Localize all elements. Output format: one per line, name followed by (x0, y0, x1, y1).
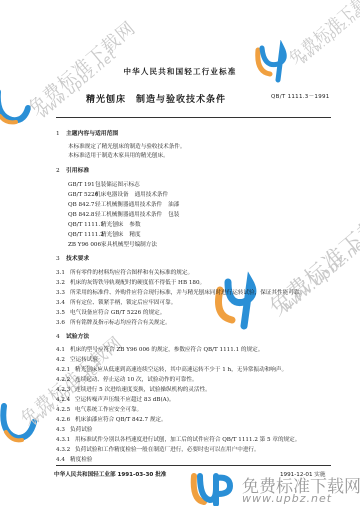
clause: 4.2.6机床油漆应符合 QB/T 842.7 规定。 (56, 417, 167, 424)
reference-item: ZB Y96 006家具机械型号编制方法 (68, 242, 157, 249)
reference-item: QB 842.8轻工机械衡器通用技术条件包装 (68, 212, 179, 219)
clause: 4.3负荷试验 (56, 427, 92, 434)
issuing-organization: 中华人民共和国轻工行业标准 (0, 66, 360, 77)
watermark-url-text: www.upbz.net (278, 232, 360, 316)
clause: 4.2.1精光刨床应从低速到高速连续空运转，其中高速运转不少于 1 h，无异常振… (56, 367, 287, 374)
watermark-middle: 免费标准下载网 www.upbz.net (200, 200, 360, 340)
paragraph: 本标准规定了精光刨床的制造与验收技术条件。 (68, 144, 185, 151)
title-part-1: 精光刨床 (86, 95, 126, 105)
effective-date: 1991-12-01 实施 (280, 470, 325, 478)
approval-date: 中华人民共和国轻工业部 1991-03-30 批准 (54, 470, 166, 478)
clause: 3.4所有定位、锁紧手柄，锁定后应牢固可靠。 (56, 300, 176, 307)
clause: 4.2.4空运转噪声声压级不应超过 83 dB(A)。 (56, 397, 175, 404)
up-logo-icon (0, 86, 38, 126)
up-logo-icon (0, 396, 40, 446)
clause: 4.2.5电气系统工作应安全可靠。 (56, 407, 142, 414)
watermark-bottom: 免费标准下载网 www.upbz.net (190, 470, 360, 508)
section-heading-1: 1主题内容与适用范围 (56, 131, 118, 138)
document-title: 精光刨床制造与验收技术条件 (86, 92, 226, 105)
watermark-url-text: www.upbz.net (298, 5, 360, 67)
reference-item: GB/T 5226机床电器设备通用技术条件 (68, 192, 168, 199)
clause: 4.2.3连续进行 5 次进给速度变换，试验操纵机构的灵活性。 (56, 387, 211, 394)
footer-divider (56, 465, 331, 466)
clause: 3.3所采用的标准件、外购件应符合现行标准，并与精光刨床同时进行运转试验，保证其… (56, 290, 305, 297)
clause: 4.4精度检验 (56, 457, 92, 464)
clause: 3.6所有铭牌及指示标志均应符合有关规定。 (56, 320, 171, 327)
watermark-url-text: www.upbz.net (36, 48, 119, 121)
reference-item: QB/T 1111.2精光刨床精度 (68, 232, 141, 239)
watermark-cn-text: 免费标准下载网 (284, 0, 360, 68)
clause: 4.1机床的型号应符合 ZB Y96 006 的规定，参数应符合 QB/T 11… (56, 347, 263, 354)
title-part-2: 制造与验收技术条件 (136, 95, 226, 105)
up-logo-icon (252, 40, 292, 84)
section-heading-4: 4试验方法 (56, 334, 89, 341)
reference-item: QB 842.7轻工机械衡器通用技术条件油漆 (68, 202, 179, 209)
standard-code: QB/T 1111.3－1991 (271, 92, 330, 100)
header-divider (56, 117, 331, 118)
up-logo-icon (190, 472, 234, 506)
reference-item: QB/T 1111.1精光刨床参数 (68, 222, 141, 229)
clause: 4.2.2连续起动、停止运动 10 次，试验动作的可靠性。 (56, 377, 198, 384)
clause: 3.5电气设备应符合 GB/T 5226 的规定。 (56, 310, 165, 317)
clause: 4.2空运转试验 (56, 357, 98, 364)
clause: 4.3.2负荷试验和工作精度检验一般在制造厂进行，必要时也可以在用户中进行。 (56, 447, 260, 454)
clause: 3.1所有零件的材料均应符合图样和有关标准的规定。 (56, 270, 193, 277)
reference-item: GB/T 191包装储运图示标志 (68, 182, 140, 189)
clause: 3.2机床的灰铸铁导轨观配时的硬度值不得低于 HB 180。 (56, 280, 205, 287)
document-page: 免费标准下载网 www.upbz.net 免费标准下载网 www.upbz.ne… (0, 0, 360, 508)
watermark-url-text: www.upbz.net (242, 492, 332, 505)
section-heading-2: 2引用标准 (56, 168, 89, 175)
watermark-cn-text: 免费标准下载网 (262, 195, 360, 322)
clause: 4.3.1用标准试件分别以各档速度进行试刨，加工后的试件应符合 QB/T 111… (56, 437, 300, 444)
watermark-top-right: 免费标准下载网 www.upbz.net (240, 0, 360, 100)
section-heading-3: 3技术要求 (56, 256, 89, 263)
up-logo-icon (212, 270, 262, 330)
paragraph: 本标准适用于制造木家具用的精光刨床。 (68, 153, 169, 160)
